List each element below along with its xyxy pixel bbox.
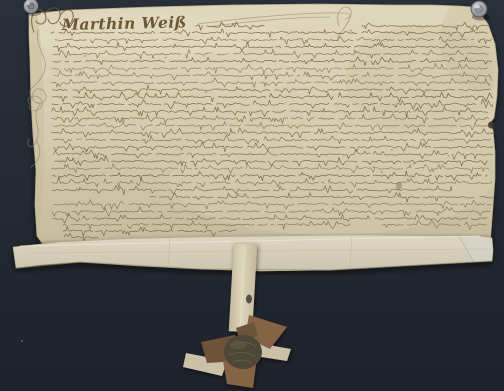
charter-photograph: Marthin Weiß [0,0,504,391]
ink-speck [409,88,411,90]
ink-speck [381,171,383,173]
ink-speck [309,75,311,77]
ink-speck [347,165,348,166]
pin-highlight [474,5,480,9]
wax-seal-highlight [230,341,246,350]
ink-speck [412,206,413,207]
ink-speck [287,175,288,176]
ink-speck [350,30,352,32]
ink-speck [76,206,77,207]
photo-stage: Marthin Weiß [0,0,504,391]
dust-speck [21,340,23,342]
ink-speck [448,155,450,157]
seal-tag-stain [246,295,252,304]
ink-speck [391,149,393,151]
ink-speck [165,57,167,59]
dust-speck [95,351,97,353]
ink-speck [86,149,88,151]
opening-words: Marthin Weiß [61,12,187,34]
ink-speck [173,146,174,147]
ink-speck [373,166,375,168]
ink-speck [336,148,337,149]
pin-highlight [27,2,30,5]
ink-speck [84,55,86,57]
ink-speck [285,102,286,103]
edge-blemish [488,122,494,129]
ink-speck [205,91,206,92]
